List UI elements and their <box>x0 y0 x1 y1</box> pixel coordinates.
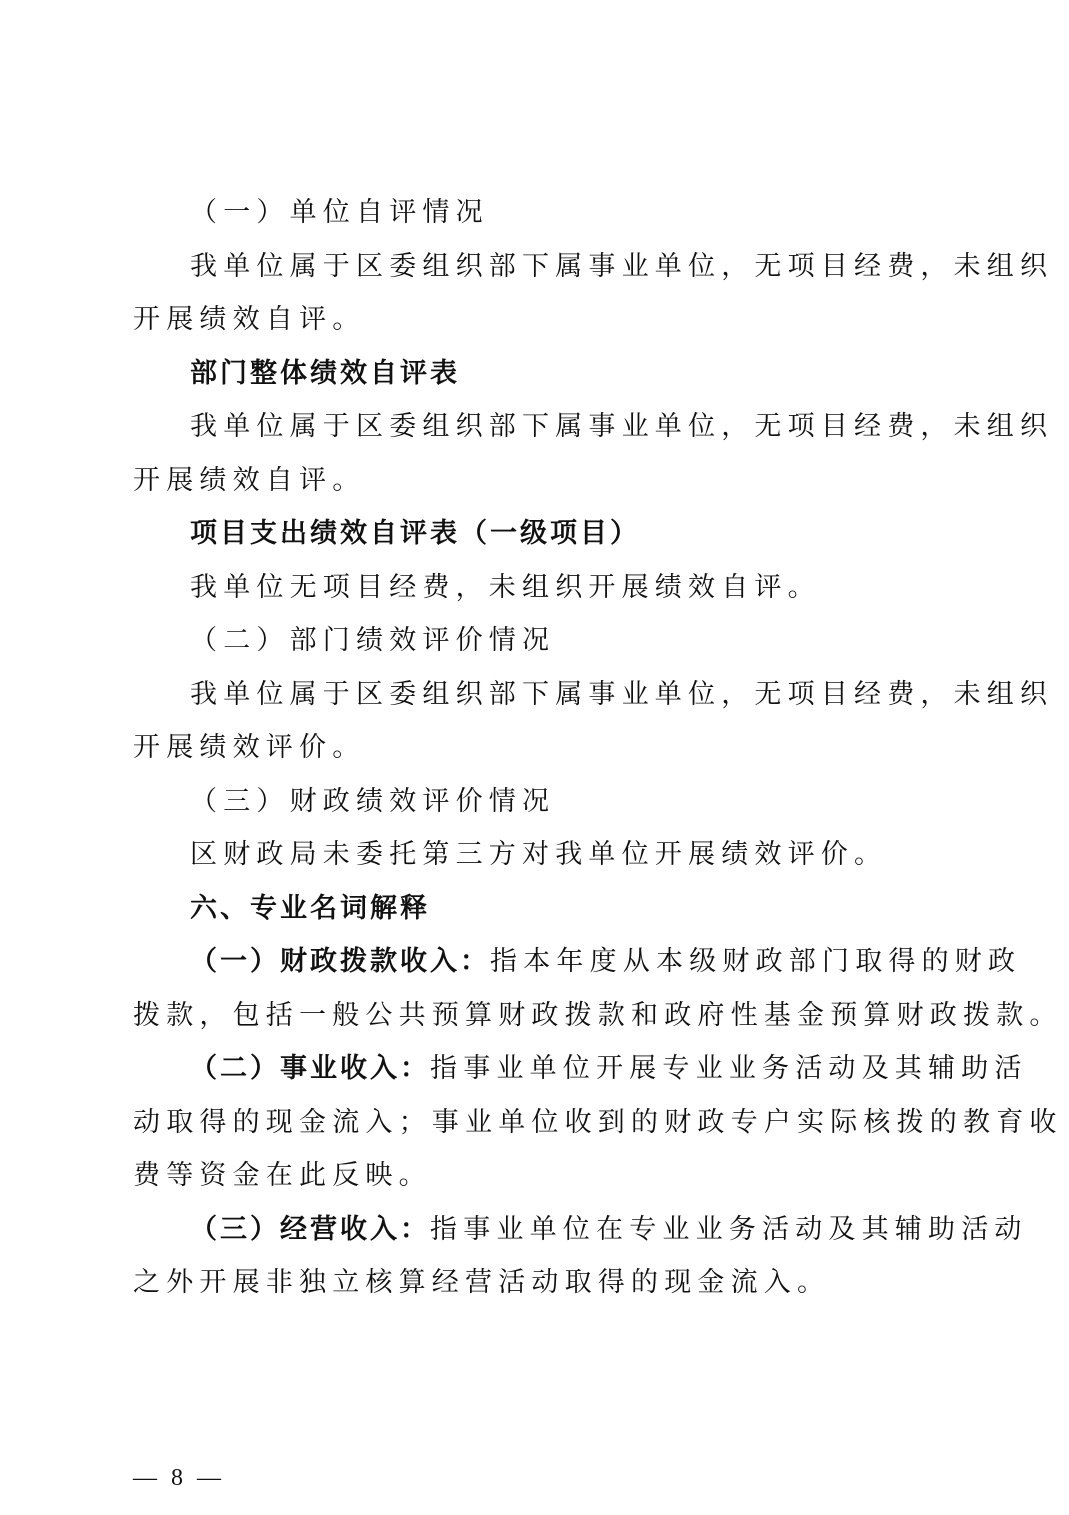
paragraph-line: 我单位属于区委组织部下属事业单位，无项目经费，未组织 <box>190 407 1053 447</box>
definition-text: 指事业单位开展专业业务活动及其辅助活 <box>430 1053 1028 1084</box>
definition-line: 拨款，包括一般公共预算财政拨款和政府性基金预算财政拨款。 <box>133 996 1063 1036</box>
paragraph-line: 我单位无项目经费，未组织开展绩效自评。 <box>190 568 821 608</box>
definition-term: （一）财政拨款收入： <box>190 946 490 977</box>
definition-line: （一）财政拨款收入：指本年度从本级财政部门取得的财政 <box>190 942 1021 982</box>
page-number: — 8 — <box>133 1462 225 1494</box>
subheading-fiscal-evaluation: （三）财政绩效评价情况 <box>190 782 555 822</box>
definition-line: 动取得的现金流入；事业单位收到的财政专户实际核拨的教育收 <box>133 1103 1063 1143</box>
heading-dept-overall-table: 部门整体绩效自评表 <box>190 354 460 394</box>
definition-text: 指本年度从本级财政部门取得的财政 <box>490 946 1021 977</box>
paragraph-line: 开展绩效自评。 <box>133 461 365 501</box>
definition-line: 之外开展非独立核算经营活动取得的现金流入。 <box>133 1263 830 1303</box>
paragraph-line: 我单位属于区委组织部下属事业单位，无项目经费，未组织 <box>190 247 1053 287</box>
definition-term: （三）经营收入： <box>190 1214 430 1245</box>
paragraph-line: 区财政局未委托第三方对我单位开展绩效评价。 <box>190 835 887 875</box>
paragraph-line: 开展绩效自评。 <box>133 300 365 340</box>
definition-term: （二）事业收入： <box>190 1053 430 1084</box>
heading-project-expenditure-table: 项目支出绩效自评表（一级项目） <box>190 514 640 554</box>
subheading-dept-evaluation: （二）部门绩效评价情况 <box>190 621 555 661</box>
definition-text: 指事业单位在专业业务活动及其辅助活动 <box>430 1214 1028 1245</box>
definition-line: （二）事业收入：指事业单位开展专业业务活动及其辅助活 <box>190 1049 1028 1089</box>
definition-line: （三）经营收入：指事业单位在专业业务活动及其辅助活动 <box>190 1210 1028 1250</box>
subheading-unit-self-evaluation: （一）单位自评情况 <box>190 193 489 233</box>
definition-line: 费等资金在此反映。 <box>133 1156 432 1196</box>
paragraph-line: 我单位属于区委组织部下属事业单位，无项目经费，未组织 <box>190 675 1053 715</box>
section-heading-glossary: 六、专业名词解释 <box>190 889 430 929</box>
paragraph-line: 开展绩效评价。 <box>133 728 365 768</box>
